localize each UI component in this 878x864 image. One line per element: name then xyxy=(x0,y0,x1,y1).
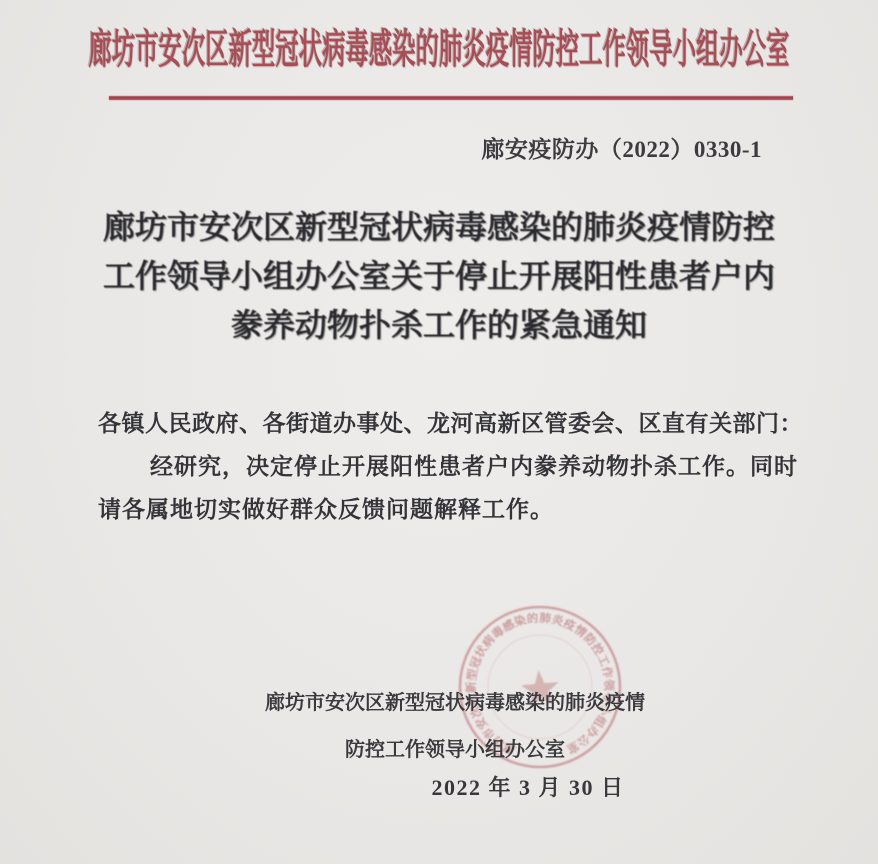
letterhead-org-name: 廊坊市安次区新型冠状病毒感染的肺炎疫情防控工作领导小组办公室 xyxy=(88,24,789,74)
document-title: 廊坊市安次区新型冠状病毒感染的肺炎疫情防控 工作领导小组办公室关于停止开展阳性患… xyxy=(0,203,878,350)
signature-block: 廊坊市安次区新型冠状病毒感染的肺炎疫情 防控工作领导小组办公室 xyxy=(168,680,742,774)
signature-line: 防控工作领导小组办公室 xyxy=(168,727,742,774)
body-paragraph-line: 经研究，决定停止开展阳性患者户内豢养动物扑杀工作。同时 xyxy=(98,445,814,488)
signature-line: 廊坊市安次区新型冠状病毒感染的肺炎疫情 xyxy=(168,680,742,727)
title-line: 工作领导小组办公室关于停止开展阳性患者户内 xyxy=(0,252,878,301)
document-body: 各镇人民政府、各街道办事处、龙河高新区管委会、区直有关部门： 经研究，决定停止开… xyxy=(98,402,814,531)
document-number: 廊安疫防办（2022）0330-1 xyxy=(481,131,762,164)
letterhead-rule xyxy=(109,96,793,100)
title-line: 廊坊市安次区新型冠状病毒感染的肺炎疫情防控 xyxy=(0,203,878,252)
signature-date: 2022 年 3 月 30 日 xyxy=(188,771,868,802)
document-header: 廊坊市安次区新型冠状病毒感染的肺炎疫情防控工作领导小组办公室 xyxy=(0,24,878,74)
title-line: 豢养动物扑杀工作的紧急通知 xyxy=(0,301,878,350)
document-page: 廊坊市安次区新型冠状病毒感染的肺炎疫情防控工作领导小组办公室 廊安疫防办（202… xyxy=(0,0,878,864)
body-paragraph-line: 请各属地切实做好群众反馈问题解释工作。 xyxy=(98,488,814,531)
body-salutation: 各镇人民政府、各街道办事处、龙河高新区管委会、区直有关部门： xyxy=(98,402,814,445)
